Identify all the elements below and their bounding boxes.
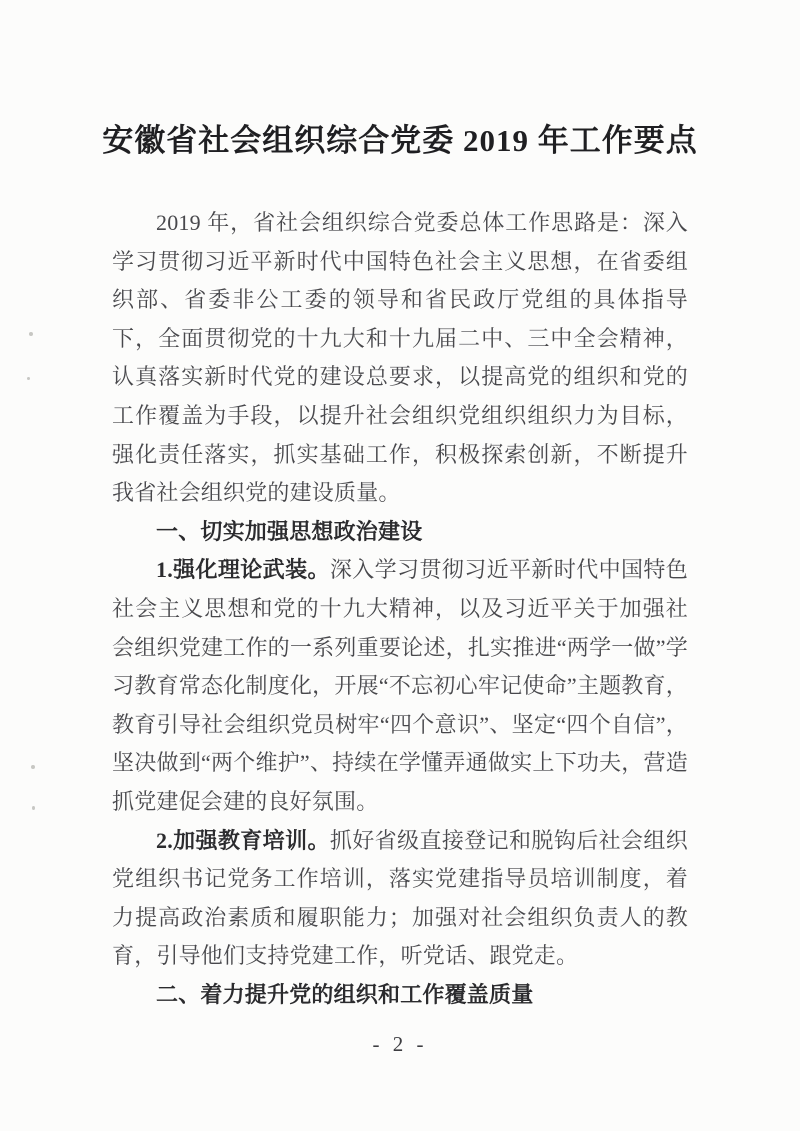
section-2-heading: 二、着力提升党的组织和工作覆盖质量 [112,976,688,1015]
document-page: 安徽省社会组织综合党委 2019 年工作要点 2019 年，省社会组织综合党委总… [0,0,800,1131]
section-1-item-2: 2.加强教育培训。抓好省级直接登记和脱钩后社会组织党组织书记党务工作培训，落实党… [112,822,688,976]
section-1-item-2-lead: 2.加强教育培训。 [156,828,330,853]
scan-speckle [29,332,33,336]
section-1-item-1-lead: 1.强化理论武装。 [156,557,330,582]
scan-speckle [27,377,30,380]
document-title: 安徽省社会组织综合党委 2019 年工作要点 [0,0,800,162]
section-1-item-1-text: 深入学习贯彻习近平新时代中国特色社会主义思想和党的十九大精神，以及习近平关于加强… [112,557,688,814]
scan-speckle [32,806,35,810]
page-number: - 2 - [0,1032,800,1057]
scan-speckle [31,765,35,769]
document-body: 2019 年，省社会组织综合党委总体工作思路是：深入学习贯彻习近平新时代中国特色… [112,204,688,1014]
section-1-item-1: 1.强化理论武装。深入学习贯彻习近平新时代中国特色社会主义思想和党的十九大精神，… [112,551,688,821]
intro-paragraph: 2019 年，省社会组织综合党委总体工作思路是：深入学习贯彻习近平新时代中国特色… [112,204,688,513]
section-1-heading: 一、切实加强思想政治建设 [112,513,688,552]
